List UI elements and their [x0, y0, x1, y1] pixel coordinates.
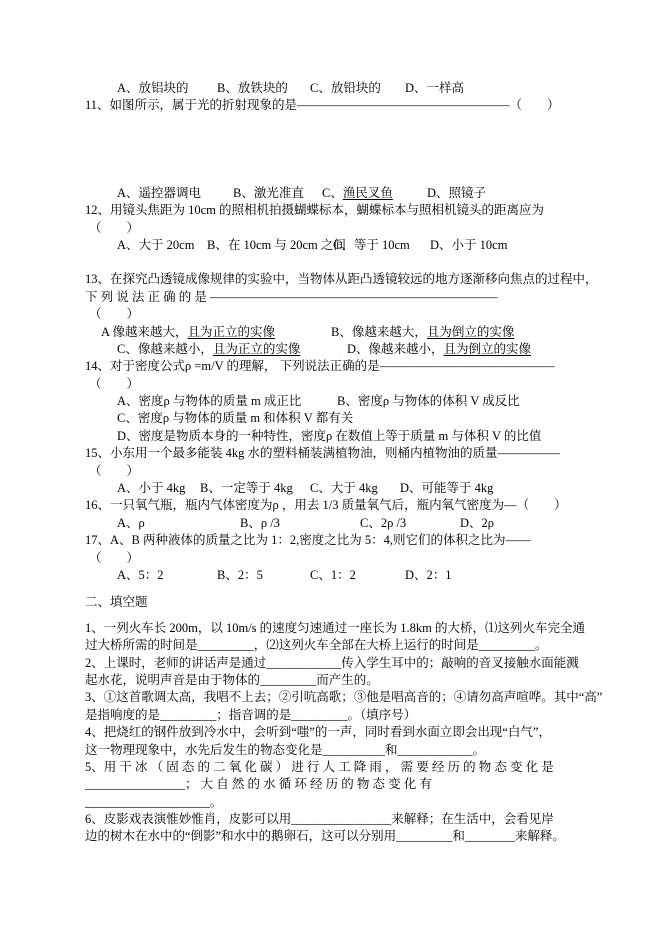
q11-option-d: D、照镜子 — [427, 185, 486, 202]
q15-option-d: D、可能等于 4kg — [400, 480, 493, 497]
q13-option-a: A 像越来越大，且为正立的实像 — [101, 324, 331, 341]
q13-option-d-underlined: 且为倒立的实像 — [444, 342, 532, 356]
spacer — [85, 584, 590, 594]
q11-option-a: A、遥控器调电 — [117, 185, 233, 202]
fill-q3-line1: 3、①这首歌调太高，我唱不上去；②引吭高歌；③他是唱高音的；④请勿高声喧哗。其中… — [85, 689, 590, 706]
q10-option-a: A、放铝块的 — [117, 80, 217, 97]
spacer — [85, 254, 590, 271]
q13-option-b-underlined: 且为倒立的实像 — [427, 325, 515, 339]
q12-option-b: B、在 10cm 与 20cm 之间 — [207, 237, 333, 254]
q11-figure-placeholder — [85, 115, 590, 185]
fill-q6-line2: 边的树木在水中的“倒影”和水中的鹅卵石，这可以分别用_________和____… — [85, 828, 590, 845]
q17-option-b: B、2：5 — [217, 567, 310, 584]
q14-options-row3: D、密度是物质本身的一种特性，密度ρ 在数值上等于质量 m 与体积 V 的比值 — [85, 428, 590, 445]
q13-option-a-text: A 像越来越大， — [101, 325, 187, 339]
q14-stem-line1: 14、对于密度公式ρ =m/V 的理解， 下列说法正确的是———————————… — [85, 358, 590, 375]
q10-option-d: D、一样高 — [405, 80, 464, 97]
spacer — [85, 612, 590, 620]
fill-q5-line3: ____________________。 — [85, 794, 590, 811]
q13-option-a-underlined: 且为正立的实像 — [187, 325, 275, 339]
q11-option-b-text: B、激光准直 — [233, 186, 304, 200]
q13-option-c: C、像越来越小，且为正立的实像 — [117, 341, 347, 358]
q12-stem-line2: （ ） — [85, 220, 590, 237]
q10-option-c: C、放铅块的 — [310, 80, 405, 97]
q17-options-row: A、5：2B、2：5C、1：2D、2：1 — [85, 567, 590, 584]
q13-option-b: B、像越来越大，且为倒立的实像 — [331, 324, 514, 341]
worksheet-page: A、放铝块的B、放铁块的C、放铅块的D、一样高 11、如图所示，属于光的折射现象… — [0, 0, 661, 935]
q14-option-b: B、密度ρ 与物体的体积 V 成反比 — [337, 393, 520, 410]
q12-option-a: A、大于 20cm — [117, 237, 207, 254]
q17-option-a: A、5：2 — [117, 567, 217, 584]
q14-option-d: D、密度是物质本身的一种特性，密度ρ 在数值上等于质量 m 与体积 V 的比值 — [117, 428, 541, 445]
q11-option-d-text: D、照镜子 — [427, 186, 486, 200]
q13-options-row1: A 像越来越大，且为正立的实像B、像越来越大，且为倒立的实像 — [85, 324, 590, 341]
q11-options-row: A、遥控器调电B、激光准直C、渔民叉鱼D、照镜子 — [85, 185, 590, 202]
fill-q2-line2: 起水花，说明声音是由于物体的_________而产生的。 — [85, 672, 590, 689]
q13-option-b-text: B、像越来越大， — [331, 325, 427, 339]
q16-option-c: C、2ρ /3 — [360, 515, 460, 532]
q11-option-c-underlined: 渔民叉鱼 — [343, 186, 393, 200]
q15-stem-line1: 15、小东用一个最多能装 4kg 水的塑料桶装满植物油，则桶内植物油的质量———… — [85, 445, 590, 462]
q11-option-b: B、激光准直 — [233, 185, 322, 202]
q14-options-row1: A、密度ρ 与物体的质量 m 成正比B、密度ρ 与物体的体积 V 成反比 — [85, 393, 590, 410]
q17-stem-line2: （ ） — [85, 550, 590, 567]
fill-q4-line2: 这一物理现象中，水先后发生的物态变化是__________和__________… — [85, 742, 590, 759]
q14-option-c: C、密度ρ 与物体的质量 m 和体积 V 都有关 — [117, 410, 353, 427]
q15-option-a: A、小于 4kg — [117, 480, 200, 497]
fill-q5-line2: ________________； 大 自 然 的 水 循 环 经 历 的 物 … — [85, 776, 590, 793]
fill-q6-line1: 6、皮影戏表演惟妙惟肖，皮影可以用________________来解释；在生活… — [85, 811, 590, 828]
q13-option-d: D、像越来越小，且为倒立的实像 — [347, 341, 531, 358]
q17-stem-line1: 17、A、B 两种液体的质量之比为 1：2,密度之比为 5：4,则它们的体积之比… — [85, 532, 590, 549]
document-body: A、放铝块的B、放铁块的C、放铅块的D、一样高 11、如图所示，属于光的折射现象… — [85, 80, 590, 846]
q15-option-c: C、大于 4kg — [310, 480, 400, 497]
q13-option-c-underlined: 且为正立的实像 — [213, 342, 301, 356]
fill-q1-line2: 过大桥所需的时间是_________，⑵这列火车全部在大桥上运行的时间是____… — [85, 637, 590, 654]
q10-option-b: B、放铁块的 — [217, 80, 310, 97]
q12-stem-line1: 12、用镜头焦距为 10cm 的照相机拍摄蝴蝶标本，蝴蝶标本与照相机镜头的距离应… — [85, 202, 590, 219]
q16-option-a: A、ρ — [117, 515, 240, 532]
q12-option-d: D、小于 10cm — [430, 237, 507, 254]
q15-stem-line2: （ ） — [85, 463, 590, 480]
q15-option-b: B、一定等于 4kg — [200, 480, 310, 497]
fill-q1-line1: 1、一列火车长 200m，以 10m/s 的速度匀速通过一座长为 1.8km 的… — [85, 620, 590, 637]
q11-option-a-text: A、遥控器调电 — [117, 186, 201, 200]
q11-option-c: C、渔民叉鱼 — [322, 185, 427, 202]
q14-option-a: A、密度ρ 与物体的质量 m 成正比 — [117, 393, 337, 410]
q17-option-d: D、2：1 — [405, 567, 452, 584]
q16-options-row: A、ρB、ρ /3C、2ρ /3D、2ρ — [85, 515, 590, 532]
q16-option-b: B、ρ /3 — [240, 515, 360, 532]
q12-options-row: A、大于 20cmB、在 10cm 与 20cm 之间C、等于 10cmD、小于… — [85, 237, 590, 254]
fill-q4-line1: 4、把烧红的钢件放到冷水中，会听到“嗤”的一声，同时看到水面立即会出现“白气”， — [85, 724, 590, 741]
fill-q3-line2: 是指响度的是_________；指音调的是_________。（填序号） — [85, 707, 590, 724]
q13-stem-line2: 下 列 说 法 正 确 的 是 ——————————————————————— — [85, 289, 590, 306]
q16-stem-line1: 16、一只氧气瓶，瓶内气体密度为ρ ，用去 1/3 质量氧气后，瓶内氧气密度为—… — [85, 497, 590, 514]
q16-option-d: D、2ρ — [460, 515, 494, 532]
fill-section-heading: 二、填空题 — [85, 594, 590, 611]
q14-options-row2: C、密度ρ 与物体的质量 m 和体积 V 都有关 — [85, 410, 590, 427]
q13-options-row2: C、像越来越小，且为正立的实像D、像越来越小，且为倒立的实像 — [85, 341, 590, 358]
q13-option-d-text: D、像越来越小， — [347, 342, 444, 356]
q12-option-c: C、等于 10cm — [333, 237, 430, 254]
q14-stem-line2: （ ） — [85, 376, 590, 393]
q17-option-c: C、1：2 — [310, 567, 405, 584]
q10-options-row: A、放铝块的B、放铁块的C、放铅块的D、一样高 — [85, 80, 590, 97]
q13-option-c-text: C、像越来越小， — [117, 342, 213, 356]
q13-stem-line1: 13、在探究凸透镜成像规律的实验中，当物体从距凸透镜较远的地方逐渐移向焦点的过程… — [85, 271, 590, 288]
fill-q5-line1: 5、用 干 冰 （ 固 态 的 二 氧 化 碳 ） 进 行 人 工 降 雨 ， … — [85, 759, 590, 776]
q15-options-row: A、小于 4kgB、一定等于 4kgC、大于 4kgD、可能等于 4kg — [85, 480, 590, 497]
q11-stem: 11、如图所示，属于光的折射现象的是—————————————————（ ） — [85, 97, 590, 114]
fill-q2-line1: 2、上课时，老师的讲话声是通过____________传入学生耳中的；敲响的音叉… — [85, 655, 590, 672]
q11-option-c-text: C、 — [322, 186, 343, 200]
q13-stem-line3: （ ） — [85, 306, 590, 323]
